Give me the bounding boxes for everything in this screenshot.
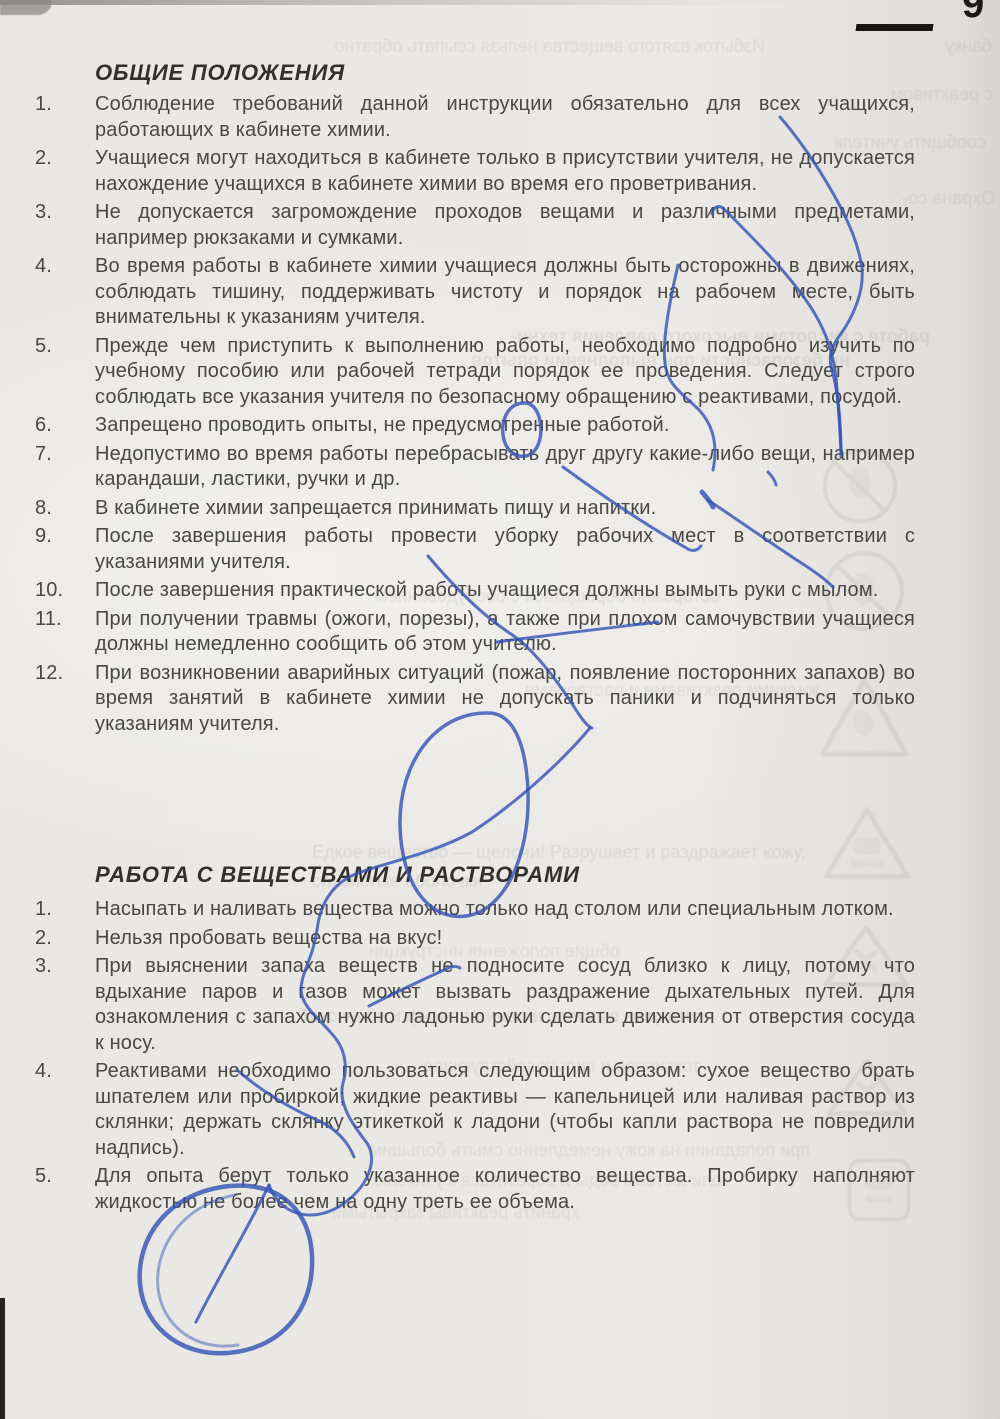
item-number: 8. [35,496,95,522]
item-text: Насыпать и наливать вещества можно тольк… [95,897,915,923]
list-item: 8.В кабинете химии запрещается принимать… [35,496,915,522]
item-text: Запрещено проводить опыты, не предусмотр… [95,413,915,439]
item-text: При выяснении запаха веществ не подносит… [95,954,915,1056]
item-number: 1. [35,897,95,923]
list-item: 10.После завершения практической работы … [35,578,915,604]
item-number: 3. [35,954,95,1056]
page-number: 9 [962,0,1000,20]
list-item: 3.При выяснении запаха веществ не поднос… [35,954,915,1056]
substances-list: 1.Насыпать и наливать вещества можно тол… [35,897,915,1218]
list-item: 6.Запрещено проводить опыты, не предусмо… [35,413,915,439]
list-item: 2.Нельзя пробовать вещества на вкус! [35,926,915,952]
section-title-substances: РАБОТА С ВЕЩЕСТВАМИ И РАСТВОРАМИ [95,862,580,888]
item-number: 1. [35,92,95,143]
item-text: Во время работы в кабинете химии учащиес… [95,254,915,331]
item-number: 3. [35,200,95,251]
list-item: 5.Для опыта берут только указанное колич… [35,1164,915,1215]
item-number: 6. [35,413,95,439]
item-text: Учащиеся могут находиться в кабинете тол… [95,146,915,197]
document-page: Избыток взятого вещества нельзя ссыпать … [0,0,1000,1419]
bleedthrough-text: Избыток взятого вещества нельзя ссыпать … [300,36,765,57]
item-text: При получении травмы (ожоги, порезы), а … [95,607,915,658]
list-item: 4.Реактивами необходимо пользоваться сле… [35,1059,915,1161]
item-number: 4. [35,1059,95,1161]
item-text: Прежде чем приступить к выполнению работ… [95,334,915,411]
list-item: 2.Учащиеся могут находиться в кабинете т… [35,146,915,197]
item-text: При возникновении аварийных ситуаций (по… [95,661,915,738]
general-provisions-list: 1.Соблюдение требований данной инструкци… [35,92,915,740]
warning-triangle-bleedthrough [820,804,914,882]
item-number: 5. [35,1164,95,1215]
item-text: Не допускается загромождение проходов ве… [95,200,915,251]
list-item: 11.При получении травмы (ожоги, порезы),… [35,607,915,658]
item-number: 7. [35,442,95,493]
list-item: 1.Соблюдение требований данной инструкци… [35,92,915,143]
item-text: В кабинете химии запрещается принимать п… [95,496,915,522]
list-item: 7.Недопустимо во время работы перебрасыв… [35,442,915,493]
list-item: 5.Прежде чем приступить к выполнению раб… [35,334,915,411]
list-item: 4.Во время работы в кабинете химии учащи… [35,254,915,331]
scan-left-edge [0,1298,5,1419]
item-number: 5. [35,334,95,411]
scan-corner-shadow [0,0,52,15]
item-number: 2. [35,926,95,952]
item-number: 11. [35,607,95,658]
item-text: Нельзя пробовать вещества на вкус! [95,926,915,952]
item-number: 4. [35,254,95,331]
item-number: 12. [35,661,95,738]
item-text: Для опыта берут только указанное количес… [95,1164,915,1215]
item-text: После завершения практической работы уча… [95,578,915,604]
page-number-rule [856,24,934,31]
item-number: 10. [35,578,95,604]
item-text: Недопустимо во время работы перебрасыват… [95,442,915,493]
item-text: Соблюдение требований данной инструкции … [95,92,915,143]
section-title-general: ОБЩИЕ ПОЛОЖЕНИЯ [95,60,345,86]
scan-top-edge [0,0,1000,5]
list-item: 12.При возникновении аварийных ситуаций … [35,661,915,738]
list-item: 1.Насыпать и наливать вещества можно тол… [35,897,915,923]
list-item: 3.Не допускается загромождение проходов … [35,200,915,251]
bleedthrough-text: банку [862,36,992,57]
bleedthrough-text: Едкое вещество — щелочи! Разрушает и раз… [312,842,1000,863]
list-item: 9.После завершения работы провести уборк… [35,524,915,575]
item-number: 2. [35,146,95,197]
item-text: Реактивами необходимо пользоваться следу… [95,1059,915,1161]
item-number: 9. [35,524,95,575]
item-text: После завершения работы провести уборку … [95,524,915,575]
